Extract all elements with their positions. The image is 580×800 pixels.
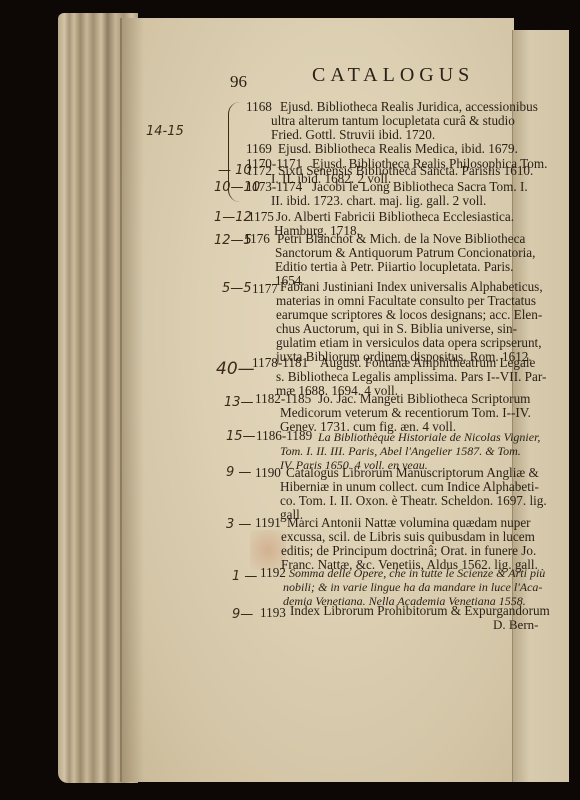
entry-line: Ejusd. Bibliotheca Realis Medica, ibid. … xyxy=(278,142,518,157)
handwritten-price: 14-15 xyxy=(146,124,184,139)
handwritten-price: 1—12 xyxy=(214,211,252,226)
handwritten-price: 5—5 xyxy=(222,282,252,297)
handwritten-price: 40— xyxy=(216,362,255,377)
entry-number: 1169 xyxy=(246,142,272,157)
handwritten-price: 9 — xyxy=(226,466,251,481)
handwritten-price: 1 — xyxy=(232,570,257,585)
entry-line: Tom. I. II. III. Paris, Abel l'Angelier … xyxy=(280,444,521,459)
gutter-shadow xyxy=(120,18,144,782)
entry-number: 1193 xyxy=(260,606,286,621)
entry-number: 1192 xyxy=(260,566,286,581)
entry-line: II. ibid. 1723. chart. maj. lig. gall. 2… xyxy=(271,194,486,209)
entry-number: 1176 xyxy=(244,232,270,247)
entry-number: 1168 xyxy=(246,100,272,115)
entry-number: 1172 xyxy=(246,164,272,179)
handwritten-price: 3 — xyxy=(226,518,251,533)
entry-line: nobili; & in varie lingue ha da mandare … xyxy=(283,580,542,595)
entry-number: 1175 xyxy=(248,210,274,225)
entry-line: Sixti Senensis Bibliotheca Sancta. Paris… xyxy=(278,164,533,179)
entry-number: 1191 xyxy=(255,516,281,531)
entry-line: co. Tom. I. II. Oxon. è Theatr. Scheldon… xyxy=(280,494,547,509)
running-title: CATALOGUS xyxy=(312,64,474,87)
entry-line: Somma delle Opere, che in tutte le Scien… xyxy=(289,566,545,581)
entry-line: La Bibliothèque Historiale de Nicolas Vi… xyxy=(318,430,540,445)
handwritten-price: 13— xyxy=(224,396,254,411)
handwritten-price: 15— xyxy=(226,430,256,445)
entry-number: 1177 xyxy=(252,282,278,297)
handwritten-price: 9— xyxy=(232,608,253,623)
entry-number: 1186-1189 xyxy=(256,429,312,444)
catchword: D. Bern- xyxy=(493,617,539,633)
entry-number: 1190 xyxy=(255,466,281,481)
entry-line: Editio tertia à Petr. Piiartio locupleta… xyxy=(275,260,513,275)
page-number: 96 xyxy=(230,72,247,92)
